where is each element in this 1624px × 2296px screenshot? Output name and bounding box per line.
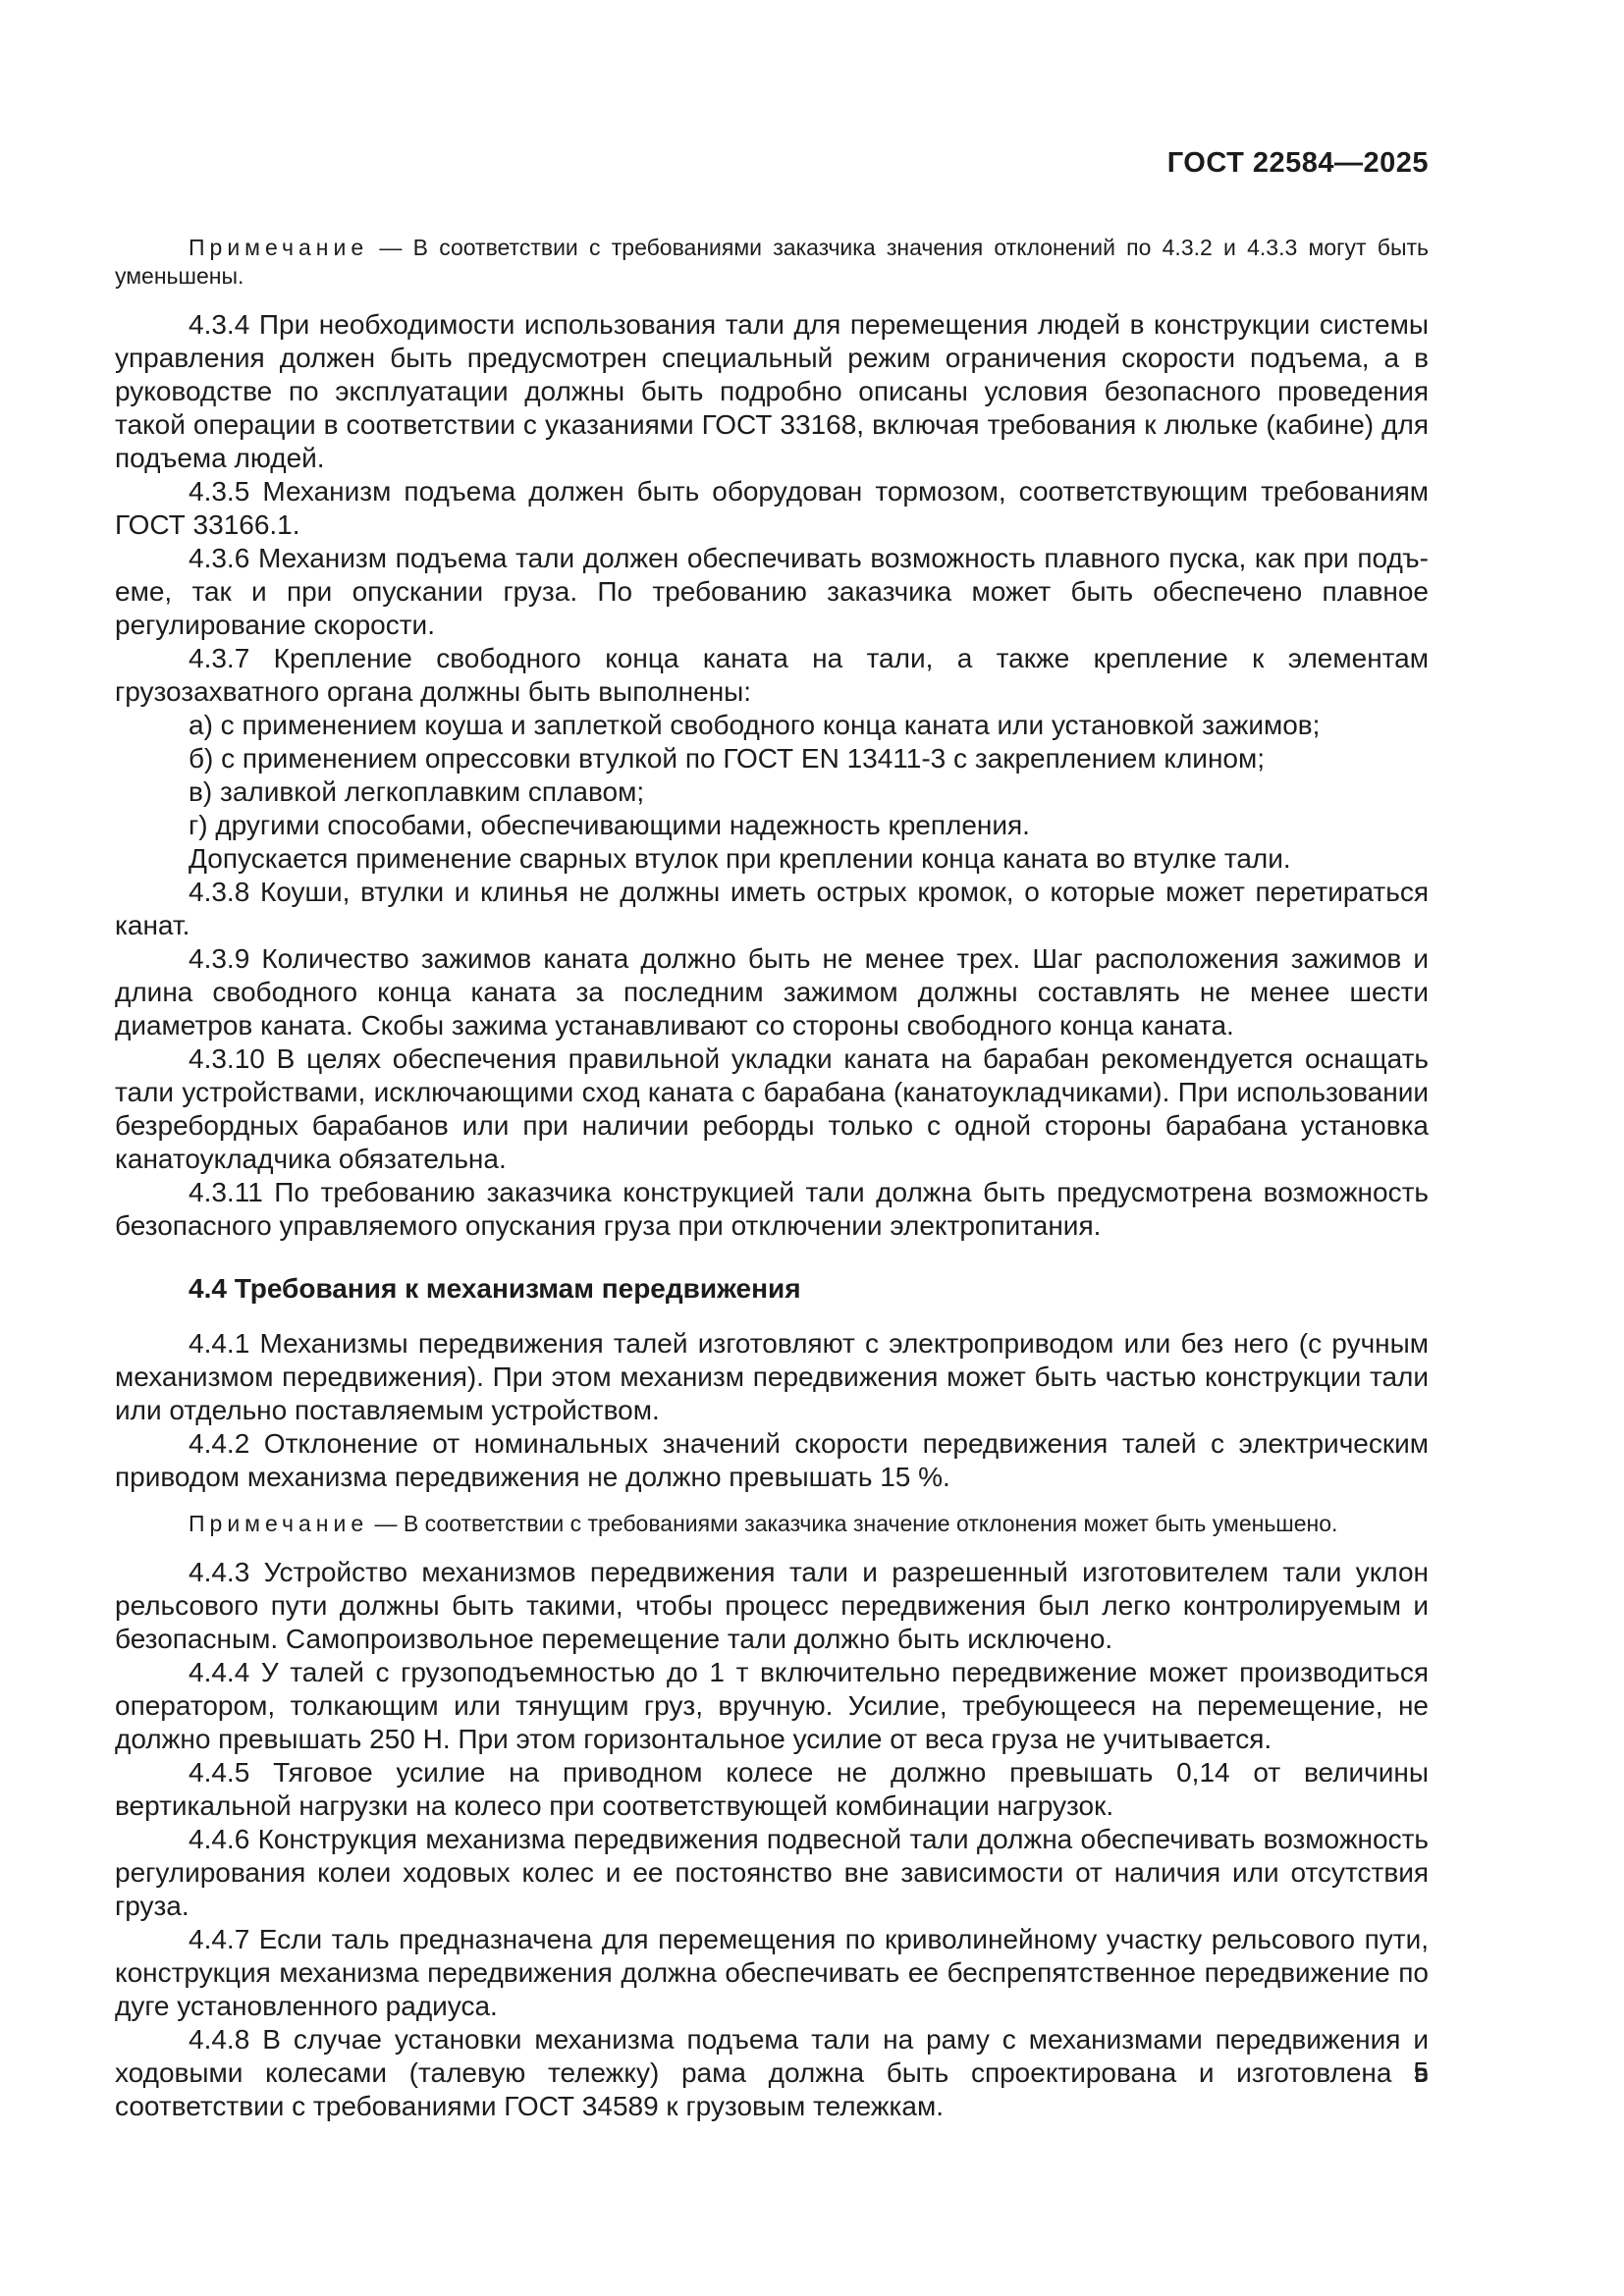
- page-number: 5: [1413, 2056, 1429, 2088]
- note-paragraph: Примечание — В соответствии с требования…: [115, 234, 1429, 291]
- body-paragraph: 4.4.5 Тяговое усилие на приводном колесе…: [115, 1756, 1429, 1823]
- body-paragraph: Допускается применение сварных втулок пр…: [115, 842, 1429, 876]
- document-page: ГОСТ 22584—2025 Примечание — В соответст…: [0, 0, 1624, 2296]
- body-paragraph: 4.3.5 Механизм подъема должен быть обору…: [115, 475, 1429, 542]
- body-paragraph: 4.3.7 Крепление свободного конца каната …: [115, 642, 1429, 709]
- section-heading: 4.4 Требования к механизмам передвижения: [115, 1272, 1429, 1306]
- body-paragraph: в) заливкой легкоплавким сплавом;: [115, 775, 1429, 809]
- body-paragraph: а) с применением коуша и заплеткой свобо…: [115, 709, 1429, 742]
- body-paragraph: 4.3.9 Количество зажимов каната должно б…: [115, 942, 1429, 1042]
- note-label: Примечание: [189, 1511, 368, 1536]
- body-paragraph: 4.4.3 Устройство механизмов передвижения…: [115, 1556, 1429, 1656]
- document-code-header: ГОСТ 22584—2025: [1167, 147, 1429, 180]
- body-paragraph: 4.3.10 В целях обеспечения правильной ук…: [115, 1042, 1429, 1176]
- body-paragraph: 4.4.8 В случае установки механизма подъе…: [115, 2023, 1429, 2123]
- body-paragraph: 4.4.2 Отклонение от номинальных значений…: [115, 1427, 1429, 1494]
- body-paragraph: 4.4.4 У талей с грузоподъемностью до 1 т…: [115, 1656, 1429, 1756]
- body-paragraph: 4.4.7 Если таль предназначена для переме…: [115, 1923, 1429, 2023]
- body-paragraph: 4.4.6 Конструкция механизма передвижения…: [115, 1823, 1429, 1923]
- body-paragraph: 4.4.1 Механизмы передвижения талей изгот…: [115, 1327, 1429, 1427]
- body-paragraph: 4.3.6 Механизм подъема тали должен обесп…: [115, 542, 1429, 642]
- note-label: Примечание: [189, 235, 368, 260]
- body-paragraph: г) другими способами, обеспечивающими на…: [115, 809, 1429, 842]
- body-paragraph: 4.3.4 При необходимости использования та…: [115, 308, 1429, 475]
- body-paragraph: 4.3.8 Коуши, втулки и клинья не должны и…: [115, 876, 1429, 942]
- document-content: Примечание — В соответствии с требования…: [115, 218, 1429, 2123]
- body-paragraph: б) с применением опрессовки втулкой по Г…: [115, 742, 1429, 775]
- body-paragraph: 4.3.11 По требованию заказчика конструкц…: [115, 1176, 1429, 1243]
- note-paragraph: Примечание — В соответствии с требования…: [115, 1510, 1429, 1538]
